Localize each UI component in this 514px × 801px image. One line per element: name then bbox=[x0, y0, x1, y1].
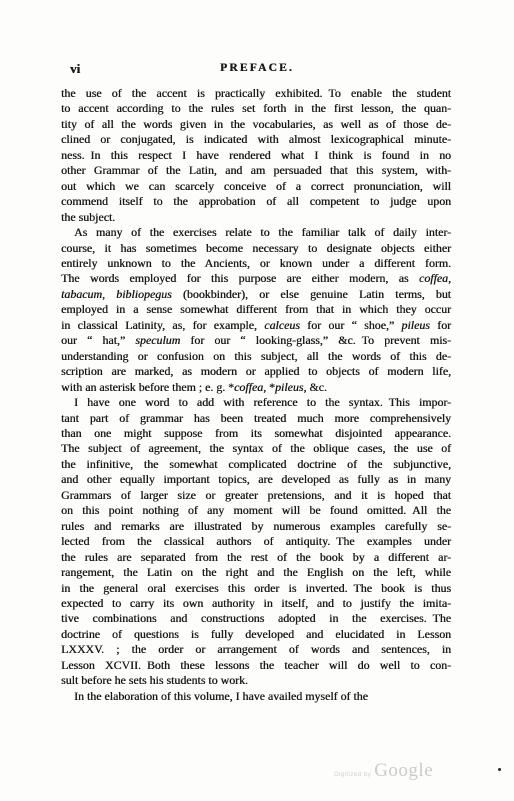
italic-text: speculum bbox=[135, 333, 180, 347]
text-line: out which we can scarcely conceive of a … bbox=[61, 179, 451, 194]
text-segment: commend itself to the approbation of all… bbox=[61, 194, 451, 208]
text-line: The subject of agreement, the syntax of … bbox=[61, 441, 451, 456]
text-segment: clined or conjugated, is indicated with … bbox=[61, 132, 451, 146]
text-line: scription are marked, as modern or appli… bbox=[61, 364, 451, 379]
text-segment: lected from the classical authors of ant… bbox=[61, 534, 451, 548]
text-segment: rangement, the Latin on the right and th… bbox=[61, 565, 451, 579]
text-segment: for bbox=[430, 318, 451, 332]
text-line: course, it has sometimes become necessar… bbox=[61, 241, 451, 256]
text-line: Grammars of larger size or greater prete… bbox=[61, 488, 451, 503]
text-line: As many of the exercises relate to the f… bbox=[61, 225, 451, 240]
text-line: expected to carry its own authority in i… bbox=[61, 596, 451, 611]
text-line: in the general oral exercises this order… bbox=[61, 581, 451, 596]
text-segment: course, it has sometimes become necessar… bbox=[61, 241, 451, 255]
text-segment: the subject. bbox=[61, 210, 115, 224]
text-line: and other equally important topics, are … bbox=[61, 472, 451, 487]
text-segment: for our “ shoe,” bbox=[300, 318, 402, 332]
italic-text: coffea bbox=[419, 271, 448, 285]
text-segment: our “ hat,” bbox=[61, 333, 135, 347]
text-segment: with an asterisk before them ; e. g. * bbox=[61, 380, 234, 394]
text-line: employed in a sense somewhat different f… bbox=[61, 302, 451, 317]
italic-text: coffea bbox=[234, 380, 263, 394]
text-line: sult before he sets his students to work… bbox=[61, 673, 451, 688]
text-segment: , &c. bbox=[303, 380, 326, 394]
text-segment: As many of the exercises relate to the f… bbox=[74, 225, 451, 239]
text-segment: in the general oral exercises this order… bbox=[61, 581, 451, 595]
text-line: entirely unknown to the Ancients, or kno… bbox=[61, 256, 451, 271]
text-segment: rules and remarks are illustrated by num… bbox=[61, 519, 451, 533]
watermark-prefix-label: Digitized by bbox=[334, 771, 371, 778]
text-segment: The subject of agreement, the syntax of … bbox=[61, 441, 451, 455]
text-line: ness. In this respect I have rendered wh… bbox=[61, 148, 451, 163]
text-segment: in classical Latinity, as, for example, bbox=[61, 318, 264, 332]
text-line: tant part of grammar has been treated mu… bbox=[61, 411, 451, 426]
text-line: rangement, the Latin on the right and th… bbox=[61, 565, 451, 580]
text-segment: Lesson XCVII. Both these lessons the tea… bbox=[61, 658, 451, 672]
text-line: clined or conjugated, is indicated with … bbox=[61, 132, 451, 147]
text-segment: tive combinations and constructions adop… bbox=[61, 611, 451, 625]
text-segment: doctrine of questions is fully developed… bbox=[61, 627, 451, 641]
text-line: with an asterisk before them ; e. g. *co… bbox=[61, 380, 451, 395]
text-segment: entirely unknown to the Ancients, or kno… bbox=[61, 256, 451, 270]
text-segment: (bookbinder), or else genuine Latin term… bbox=[172, 287, 451, 301]
text-line: to accent according to the rules set for… bbox=[61, 101, 451, 116]
text-segment: for our “ looking-glass,” &c. To prevent… bbox=[180, 333, 451, 347]
watermark: Digitized by Google bbox=[334, 760, 433, 782]
text-segment: than one might suppose from its somewhat… bbox=[61, 426, 451, 440]
text-line: LXXXV. ; the order or arrangement of wor… bbox=[61, 642, 451, 657]
text-line: the infinitive, the somewhat complicated… bbox=[61, 457, 451, 472]
italic-text: calceus bbox=[264, 318, 300, 332]
text-line: In the elaboration of this volume, I hav… bbox=[61, 689, 451, 704]
text-segment: and other equally important topics, are … bbox=[61, 472, 451, 486]
text-line: the rules are separated from the rest of… bbox=[61, 550, 451, 565]
text-line: lected from the classical authors of ant… bbox=[61, 534, 451, 549]
text-segment: on this point nothing of any moment will… bbox=[61, 503, 451, 517]
text-segment: employed in a sense somewhat different f… bbox=[61, 302, 451, 316]
text-line: Lesson XCVII. Both these lessons the tea… bbox=[61, 658, 451, 673]
text-line: commend itself to the approbation of all… bbox=[61, 194, 451, 209]
text-segment: out which we can scarcely conceive of a … bbox=[61, 179, 451, 193]
text-line: tity of all the words given in the vocab… bbox=[61, 117, 451, 132]
text-segment: tity of all the words given in the vocab… bbox=[61, 117, 451, 131]
text-line: in classical Latinity, as, for example, … bbox=[61, 318, 451, 333]
text-line: I have one word to add with reference to… bbox=[61, 395, 451, 410]
text-line: rules and remarks are illustrated by num… bbox=[61, 519, 451, 534]
text-segment: to accent according to the rules set for… bbox=[61, 101, 451, 115]
text-line: the subject. bbox=[61, 210, 451, 225]
text-segment: I have one word to add with reference to… bbox=[74, 395, 451, 409]
text-segment: the infinitive, the somewhat complicated… bbox=[61, 457, 451, 471]
text-segment: ness. In this respect I have rendered wh… bbox=[61, 148, 451, 162]
text-segment: other Grammar of the Latin, and am persu… bbox=[61, 163, 451, 177]
text-segment: expected to carry its own authority in i… bbox=[61, 596, 451, 610]
scan-speck bbox=[498, 768, 501, 771]
text-segment: scription are marked, as modern or appli… bbox=[61, 364, 451, 378]
italic-text: pileus bbox=[401, 318, 429, 332]
text-line: doctrine of questions is fully developed… bbox=[61, 627, 451, 642]
text-segment: the rules are separated from the rest of… bbox=[61, 550, 451, 564]
text-segment: tant part of grammar has been treated mu… bbox=[61, 411, 451, 425]
text-segment: , * bbox=[263, 380, 275, 394]
google-logo: Google bbox=[374, 760, 433, 782]
italic-text: pileus bbox=[275, 380, 303, 394]
text-line: than one might suppose from its somewhat… bbox=[61, 426, 451, 441]
text-line: our “ hat,” speculum for our “ looking-g… bbox=[61, 333, 451, 348]
scanned-book-page: vi PREFACE. the use of the accent is pra… bbox=[0, 0, 514, 801]
text-line: the use of the accent is practically exh… bbox=[61, 86, 451, 101]
running-head: vi PREFACE. bbox=[61, 61, 453, 77]
text-segment: understanding or confusion on this subje… bbox=[61, 349, 451, 363]
text-segment: , bbox=[448, 271, 451, 285]
text-line: The words employed for this purpose are … bbox=[61, 271, 451, 286]
page-title: PREFACE. bbox=[61, 62, 453, 74]
page-body: the use of the accent is practically exh… bbox=[61, 86, 451, 704]
text-segment: The words employed for this purpose are … bbox=[61, 271, 419, 285]
text-line: tive combinations and constructions adop… bbox=[61, 611, 451, 626]
text-segment: Grammars of larger size or greater prete… bbox=[61, 488, 451, 502]
text-segment: the use of the accent is practically exh… bbox=[61, 86, 451, 100]
text-line: tabacum, bibliopegus (bookbinder), or el… bbox=[61, 287, 451, 302]
text-line: on this point nothing of any moment will… bbox=[61, 503, 451, 518]
text-line: other Grammar of the Latin, and am persu… bbox=[61, 163, 451, 178]
text-segment: sult before he sets his students to work… bbox=[61, 673, 248, 687]
text-line: understanding or confusion on this subje… bbox=[61, 349, 451, 364]
text-segment: In the elaboration of this volume, I hav… bbox=[74, 689, 368, 703]
italic-text: tabacum, bibliopegus bbox=[61, 287, 172, 301]
text-segment: LXXXV. ; the order or arrangement of wor… bbox=[61, 642, 451, 656]
